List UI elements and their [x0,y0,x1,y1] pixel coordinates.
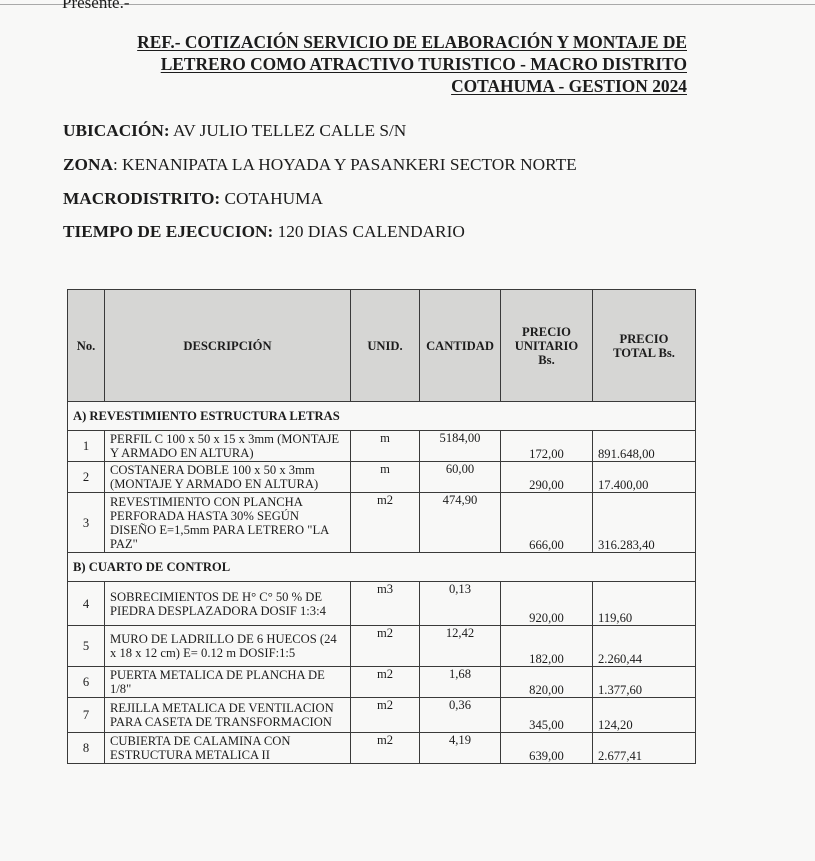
table-row: 1PERFIL C 100 x 50 x 15 x 3mm (MONTAJE Y… [68,431,696,462]
item-description: COSTANERA DOBLE 100 x 50 x 3mm (MONTAJE … [105,462,351,493]
item-description: REJILLA METALICA DE VENTILACION PARA CAS… [105,698,351,733]
item-unit-price: 639,00 [501,733,593,764]
section-title: B) CUARTO DE CONTROL [68,553,696,582]
item-unit-price: 666,00 [501,493,593,553]
header-unit: UNID. [351,290,420,402]
reference-line: LETRERO COMO ATRACTIVO TURISTICO - MACRO… [100,53,687,75]
location-line: UBICACIÓN: AV JULIO TELLEZ CALLE S/N [63,121,406,141]
reference-line: COTAHUMA - GESTION 2024 [100,75,687,97]
item-unit-price: 920,00 [501,582,593,626]
item-quantity: 5184,00 [420,431,501,462]
table-row: 6PUERTA METALICA DE PLANCHA DE 1/8"m21,6… [68,667,696,698]
header-total-price-line: PRECIO [620,332,669,346]
item-unit: m2 [351,698,420,733]
item-description: CUBIERTA DE CALAMINA CON ESTRUCTURA META… [105,733,351,764]
item-description: REVESTIMIENTO CON PLANCHA PERFORADA HAST… [105,493,351,553]
macrodistrict-line: MACRODISTRITO: COTAHUMA [63,189,323,209]
execution-time-value: 120 DIAS CALENDARIO [273,222,465,241]
item-number: 2 [68,462,105,493]
header-no: No. [68,290,105,402]
section-row: A) REVESTIMIENTO ESTRUCTURA LETRAS [68,402,696,431]
table-row: 2COSTANERA DOBLE 100 x 50 x 3mm (MONTAJE… [68,462,696,493]
quotation-table: No. DESCRIPCIÓN UNID. CANTIDAD PRECIO UN… [67,289,696,764]
item-number: 6 [68,667,105,698]
item-unit: m3 [351,582,420,626]
item-total-price: 2.260,44 [593,626,696,667]
header-unit-price-line: Bs. [538,353,554,367]
item-unit: m [351,462,420,493]
zone-line: ZONA: KENANIPATA LA HOYADA Y PASANKERI S… [63,155,577,175]
header-quantity: CANTIDAD [420,290,501,402]
item-total-price: 316.283,40 [593,493,696,553]
header-total-price-line: TOTAL Bs. [613,346,675,360]
macrodistrict-label: MACRODISTRITO: [63,189,220,208]
greeting: Presente.- [62,0,130,13]
table-header-row: No. DESCRIPCIÓN UNID. CANTIDAD PRECIO UN… [68,290,696,402]
item-description: MURO DE LADRILLO DE 6 HUECOS (24 x 18 x … [105,626,351,667]
item-number: 3 [68,493,105,553]
item-total-price: 124,20 [593,698,696,733]
header-description: DESCRIPCIÓN [105,290,351,402]
table-row: 3REVESTIMIENTO CON PLANCHA PERFORADA HAS… [68,493,696,553]
item-description: PERFIL C 100 x 50 x 15 x 3mm (MONTAJE Y … [105,431,351,462]
item-quantity: 60,00 [420,462,501,493]
table-body: A) REVESTIMIENTO ESTRUCTURA LETRAS1PERFI… [68,402,696,764]
item-total-price: 2.677,41 [593,733,696,764]
item-unit-price: 345,00 [501,698,593,733]
item-quantity: 1,68 [420,667,501,698]
item-unit: m2 [351,733,420,764]
item-unit: m2 [351,493,420,553]
item-total-price: 119,60 [593,582,696,626]
zone-label: ZONA [63,155,113,174]
item-number: 5 [68,626,105,667]
item-quantity: 0,13 [420,582,501,626]
header-unit-price-line: UNITARIO [515,339,578,353]
reference-line: REF.- COTIZACIÓN SERVICIO DE ELABORACIÓN… [100,31,687,53]
item-unit-price: 172,00 [501,431,593,462]
item-number: 4 [68,582,105,626]
item-quantity: 474,90 [420,493,501,553]
table-row: 5MURO DE LADRILLO DE 6 HUECOS (24 x 18 x… [68,626,696,667]
reference-title: REF.- COTIZACIÓN SERVICIO DE ELABORACIÓN… [100,31,687,97]
item-unit: m [351,431,420,462]
item-unit-price: 290,00 [501,462,593,493]
section-title: A) REVESTIMIENTO ESTRUCTURA LETRAS [68,402,696,431]
section-row: B) CUARTO DE CONTROL [68,553,696,582]
item-unit-price: 820,00 [501,667,593,698]
item-quantity: 4,19 [420,733,501,764]
item-unit-price: 182,00 [501,626,593,667]
item-quantity: 0,36 [420,698,501,733]
item-description: SOBRECIMIENTOS DE H° C° 50 % DE PIEDRA D… [105,582,351,626]
header-unit-price-line: PRECIO [522,325,571,339]
item-number: 1 [68,431,105,462]
zone-value: : KENANIPATA LA HOYADA Y PASANKERI SECTO… [113,155,577,174]
item-number: 8 [68,733,105,764]
item-total-price: 891.648,00 [593,431,696,462]
table-row: 7REJILLA METALICA DE VENTILACION PARA CA… [68,698,696,733]
location-value: AV JULIO TELLEZ CALLE S/N [170,121,407,140]
item-number: 7 [68,698,105,733]
item-total-price: 17.400,00 [593,462,696,493]
table-row: 8CUBIERTA DE CALAMINA CON ESTRUCTURA MET… [68,733,696,764]
macrodistrict-value: COTAHUMA [220,189,323,208]
location-label: UBICACIÓN: [63,121,170,140]
table-row: 4SOBRECIMIENTOS DE H° C° 50 % DE PIEDRA … [68,582,696,626]
header-total-price: PRECIO TOTAL Bs. [593,290,696,402]
execution-time-line: TIEMPO DE EJECUCION: 120 DIAS CALENDARIO [63,222,465,242]
header-unit-price: PRECIO UNITARIO Bs. [501,290,593,402]
item-unit: m2 [351,667,420,698]
item-total-price: 1.377,60 [593,667,696,698]
item-quantity: 12,42 [420,626,501,667]
item-unit: m2 [351,626,420,667]
execution-time-label: TIEMPO DE EJECUCION: [63,222,273,241]
item-description: PUERTA METALICA DE PLANCHA DE 1/8" [105,667,351,698]
